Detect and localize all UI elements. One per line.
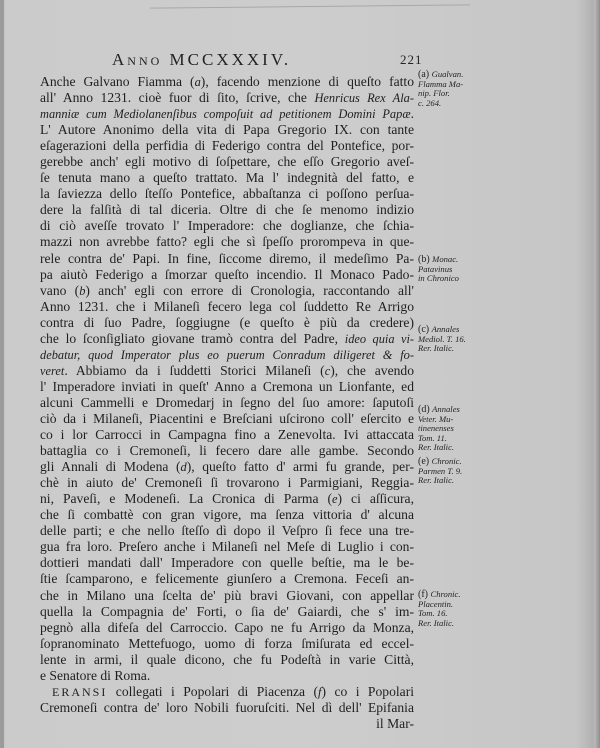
catchword: il Mar- xyxy=(40,716,414,732)
margin-note: (e) Chronic.Parmen T. 9.Rer. Italic. xyxy=(418,457,498,486)
page-number: 221 xyxy=(400,52,423,68)
text-segment: gli Annali di Modena ( xyxy=(40,459,181,474)
text-line: Anno 1231. che i Milaneſi fecero lega co… xyxy=(40,299,414,315)
text-line: la ſaviezza dello ſteſſo Pontefice, abba… xyxy=(40,186,414,202)
text-segment: l' Imperadore inviati in queſt' Anno a C… xyxy=(40,379,414,394)
note-marker: (f) xyxy=(418,589,431,600)
text-line: gerebbe anch' egli motivo di ſoſpettare,… xyxy=(40,154,414,170)
text-line: l' Imperadore inviati in queſt' Anno a C… xyxy=(40,379,414,395)
note-line: Placentin. xyxy=(418,599,453,609)
note-line: tinenenses xyxy=(418,423,454,433)
text-line: lente in armi, il quale dicono, che fu P… xyxy=(40,652,414,668)
text-segment: che ſi combattè con gran vigore, ma ſenz… xyxy=(40,507,414,522)
text-segment: ſe tenuta mano a queſto trattato. Ma l' … xyxy=(40,170,414,185)
text-segment: ni, Paveſi, e Modeneſi. La Cronica di Pa… xyxy=(40,491,332,506)
text-segment: ), che avendo xyxy=(330,363,414,378)
text-line: eſagerazioni della perfidia di Federigo … xyxy=(40,138,414,154)
running-head: ANNO MCCXXXIV. 221 xyxy=(112,50,412,70)
note-line: Annales xyxy=(432,404,460,414)
text-segment: la ſaviezza dello ſteſſo Pontefice, abba… xyxy=(40,186,414,201)
text-segment: che in Milano una ſcelta de' più bravi G… xyxy=(40,588,414,603)
text-segment: ) anch' egli con errore di Cronologia, r… xyxy=(85,283,414,298)
text-segment: ERANSI xyxy=(52,685,107,699)
running-title-year: MCCXXXIV. xyxy=(170,50,292,69)
text-segment: . Abbiamo da i ſuddetti Storici Milaneſi… xyxy=(64,363,324,378)
note-line: Rer. Italic. xyxy=(418,618,454,628)
note-line: in Chronico xyxy=(418,273,459,283)
italic-text: ideo quia vi- xyxy=(345,332,414,346)
text-segment: alcuni Cammelli e Dromedarj in ſegno del… xyxy=(40,395,414,410)
text-segment: all' Anno 1231. cioè fuor di ſito, ſcriv… xyxy=(40,90,314,105)
text-line: che in Milano una ſcelta de' più bravi G… xyxy=(40,588,414,604)
scanned-book-page: ANNO MCCXXXIV. 221 Anche Galvano Fiamma … xyxy=(0,0,600,748)
note-line: Chronic. xyxy=(431,589,461,599)
note-marker: (d) xyxy=(418,404,432,415)
text-line: gli Annali di Modena (d), queſto fatto d… xyxy=(40,459,414,475)
text-segment: gerebbe anch' egli motivo di ſoſpettare,… xyxy=(40,154,414,169)
text-segment: ſtie ſcamparono, e felicemente giunſero … xyxy=(40,571,414,586)
note-line: Tom. 16. xyxy=(418,608,448,618)
note-line: Parmen T. 9. xyxy=(418,466,462,476)
text-line: L' Autore Anonimo della vita di Papa Gre… xyxy=(40,122,414,138)
text-segment: . xyxy=(411,106,414,121)
margin-note: (b) Monac.Patavinusin Chronico xyxy=(418,255,498,284)
text-segment: Cremoneſi contra de' loro Nobili fuoruſc… xyxy=(40,700,414,715)
text-line: che ſi combattè con gran vigore, ma ſenz… xyxy=(40,507,414,523)
text-line: quella la Compagnia de' Forti, o ſia de'… xyxy=(40,604,414,620)
text-line: co i lor Carrocci in Campagna fino a Zen… xyxy=(40,427,414,443)
text-segment: battaglia co i Cremoneſi, li fecero dare… xyxy=(40,443,414,458)
text-segment: chè in aiuto de' Cremoneſi ſi trovarono … xyxy=(40,475,414,490)
text-segment: quella la Compagnia de' Forti, o ſia de'… xyxy=(40,604,414,619)
text-segment: delle parti; e che nello ſteſſo dì dopo … xyxy=(40,523,414,538)
text-segment: ) ci aſſicura, xyxy=(338,491,414,506)
text-segment: gua fra loro. Preſero anche i Milaneſi n… xyxy=(40,539,414,554)
note-line: Annales xyxy=(432,324,460,334)
margin-note: (a) Gualvan.Flamma Ma-nip. Flor.c. 264. xyxy=(418,70,498,108)
note-marker: (a) xyxy=(418,69,432,80)
text-segment: dere la falſità di tal diceria. Oltre di… xyxy=(40,202,414,217)
text-segment: ) co i Popolari xyxy=(321,684,414,699)
text-line: debatur, quod Imperator plus eo puerum C… xyxy=(40,347,414,363)
text-segment: vano ( xyxy=(40,283,79,298)
text-line: vano (b) anch' egli con errore di Cronol… xyxy=(40,283,414,299)
page-left-edge xyxy=(0,0,4,748)
text-line: ſe tenuta mano a queſto trattato. Ma l' … xyxy=(40,170,414,186)
text-line: dottieri mandati dall' Imperadore con qu… xyxy=(40,555,414,571)
text-segment: ſopranominato Mettefuogo, uomo di forza … xyxy=(40,636,414,651)
text-segment: Anche Galvano Fiamma ( xyxy=(40,74,195,89)
text-segment: contra di ſuo Padre, ſoggiugne (e queſto… xyxy=(40,315,414,330)
text-line: ciò da i Milaneſi, Piacentini e Breſcian… xyxy=(40,411,414,427)
text-line: manniæ cum Mediolanenſibus compoſuit ad … xyxy=(40,106,414,122)
text-line: pegnò alla difeſa del Carroccio. Capo ne… xyxy=(40,620,414,636)
text-line: pa aiutò Federigo a ſmorzar queſto incen… xyxy=(40,267,414,283)
text-segment: lente in armi, il quale dicono, che fu P… xyxy=(40,652,414,667)
text-line: ſopranominato Mettefuogo, uomo di forza … xyxy=(40,636,414,652)
italic-text: Henricus Rex Ala- xyxy=(314,91,414,105)
text-line: che lo ſconſigliato giovane tramò contra… xyxy=(40,331,414,347)
text-line: veret. Abbiamo da i ſuddetti Storici Mil… xyxy=(40,363,414,379)
italic-text: veret xyxy=(40,364,64,378)
text-segment: dottieri mandati dall' Imperadore con qu… xyxy=(40,555,414,570)
note-line: Gualvan. xyxy=(432,69,464,79)
running-title-smallcaps: NNO xyxy=(127,54,162,68)
note-line: Chronic. xyxy=(432,456,462,466)
text-line: e Senatore di Roma. xyxy=(40,668,414,684)
note-marker: (b) xyxy=(418,254,432,265)
text-line: ERANSI collegati i Popolari di Piacenza … xyxy=(40,684,414,700)
note-line: Rer. Italic. xyxy=(418,343,454,353)
note-line: Tom. 11. xyxy=(418,433,447,443)
text-segment: ), queſto fatto d' armi fu grande, per- xyxy=(187,459,414,474)
text-line: chè in aiuto de' Cremoneſi ſi trovarono … xyxy=(40,475,414,491)
note-line: Monac. xyxy=(432,254,458,264)
note-line: nip. Flor. xyxy=(418,88,450,98)
text-segment: eſagerazioni della perfidia di Federigo … xyxy=(40,138,414,153)
text-segment: e Senatore di Roma. xyxy=(40,668,150,683)
margin-note: (d) AnnalesVeter. Mu-tinenensesTom. 11.R… xyxy=(418,405,498,453)
note-line: Mediol. T. 16. xyxy=(418,334,466,344)
text-segment: L' Autore Anonimo della vita di Papa Gre… xyxy=(40,122,414,137)
text-line: all' Anno 1231. cioè fuor di ſito, ſcriv… xyxy=(40,90,414,106)
text-line: ni, Paveſi, e Modeneſi. La Cronica di Pa… xyxy=(40,491,414,507)
note-line: Flamma Ma- xyxy=(418,79,463,89)
note-line: c. 264. xyxy=(418,98,441,108)
running-title: ANNO MCCXXXIV. xyxy=(112,50,291,70)
paper-crease xyxy=(150,4,470,10)
text-line: ſtie ſcamparono, e felicemente giunſero … xyxy=(40,571,414,587)
text-line: mazzi non avrebbe fatto? egli che sì ſpe… xyxy=(40,234,414,250)
note-line: Veter. Mu- xyxy=(418,414,453,424)
text-segment: collegati i Popolari di Piacenza ( xyxy=(107,684,318,699)
note-line: Rer. Italic. xyxy=(418,475,454,485)
text-segment: ), facendo menzione di queſto fatto xyxy=(201,74,414,89)
text-line: dere la falſità di tal diceria. Oltre di… xyxy=(40,202,414,218)
text-segment: pegnò alla difeſa del Carroccio. Capo ne… xyxy=(40,620,414,635)
text-line: contra di ſuo Padre, ſoggiugne (e queſto… xyxy=(40,315,414,331)
body-text: Anche Galvano Fiamma (a), facendo menzio… xyxy=(40,74,414,732)
text-segment: mazzi non avrebbe fatto? egli che sì ſpe… xyxy=(40,234,414,249)
text-line: battaglia co i Cremoneſi, li fecero dare… xyxy=(40,443,414,459)
running-title-initial: A xyxy=(112,50,127,69)
text-segment: ciò da i Milaneſi, Piacentini e Breſcian… xyxy=(40,411,414,426)
text-segment: che lo ſconſigliato giovane tramò contra… xyxy=(40,331,345,346)
text-line: di ciò aveſſe trovato l' Imperadore: che… xyxy=(40,218,414,234)
text-line: Cremoneſi contra de' loro Nobili fuoruſc… xyxy=(40,700,414,716)
note-marker: (e) xyxy=(418,456,432,467)
note-marker: (c) xyxy=(418,324,432,335)
note-line: Patavinus xyxy=(418,264,452,274)
text-segment: co i lor Carrocci in Campagna fino a Zen… xyxy=(40,427,414,442)
italic-text: manniæ cum Mediolanenſibus compoſuit ad … xyxy=(40,107,411,121)
margin-note: (c) AnnalesMediol. T. 16.Rer. Italic. xyxy=(418,325,498,354)
italic-text: debatur, quod Imperator plus eo puerum C… xyxy=(40,348,414,362)
text-line: rele contra de' Papi. In fine, ſiccome d… xyxy=(40,251,414,267)
text-segment: Anno 1231. che i Milaneſi fecero lega co… xyxy=(40,299,414,314)
page-right-edge xyxy=(594,0,600,748)
text-segment: pa aiutò Federigo a ſmorzar queſto incen… xyxy=(40,267,414,282)
text-line: Anche Galvano Fiamma (a), facendo menzio… xyxy=(40,74,414,90)
text-line: gua fra loro. Preſero anche i Milaneſi n… xyxy=(40,539,414,555)
text-segment: rele contra de' Papi. In fine, ſiccome d… xyxy=(40,251,414,266)
note-line: Rer. Italic. xyxy=(418,442,454,452)
text-line: delle parti; e che nello ſteſſo dì dopo … xyxy=(40,523,414,539)
text-segment: di ciò aveſſe trovato l' Imperadore: che… xyxy=(40,218,414,233)
margin-note: (f) Chronic.Placentin.Tom. 16.Rer. Itali… xyxy=(418,590,498,628)
text-line: alcuni Cammelli e Dromedarj in ſegno del… xyxy=(40,395,414,411)
